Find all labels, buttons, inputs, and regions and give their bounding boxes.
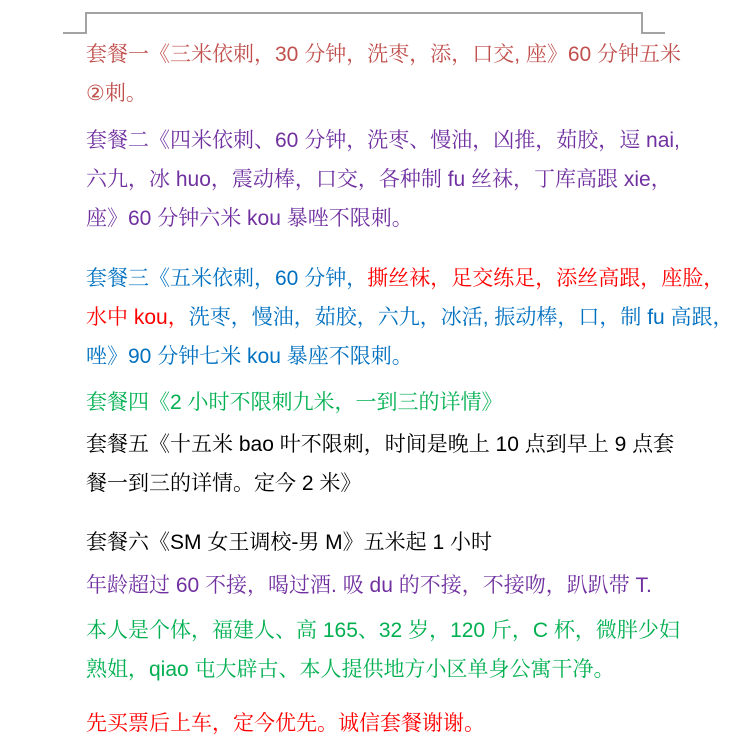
document-window: 套餐一《三米依刺，30 分钟，洗枣，添，口交, 座》60 分钟五米 ②刺。 套餐… (0, 0, 750, 743)
text-line: 座》60 分钟六米 kou 暴唑不限刺。 (86, 199, 668, 238)
paragraph-self-intro: 本人是个体，福建人、高 165、32 岁，120 斤，C 杯，微胖少妇 熟姐，q… (86, 611, 668, 689)
text-segment: 年龄超过 60 不接，喝过酒. 吸 du 的不接，不接吻，趴趴带 T. (86, 574, 652, 597)
paragraph-package-5: 套餐五《十五米 bao 叶不限刺，时间是晚上 10 点到早上 9 点套 餐一到三… (86, 425, 668, 503)
text-line: 熟姐，qiao 屯大辟古、本人提供地方小区单身公寓干净。 (86, 650, 668, 689)
text-line: 套餐五《十五米 bao 叶不限刺，时间是晚上 10 点到早上 9 点套 (86, 425, 668, 464)
text-line: 本人是个体，福建人、高 165、32 岁，120 斤，C 杯，微胖少妇 (86, 611, 668, 650)
text-line: 套餐四《2 小时不限刺九米，一到三的详情》 (86, 383, 668, 422)
paragraph-payment-note: 先买票后上车，定今优先。诚信套餐谢谢。 (86, 704, 668, 743)
text-segment: 本人是个体，福建人、高 165、32 岁，120 斤，C 杯，微胖少妇 (86, 619, 680, 642)
text-segment: 唑》90 分钟七米 kou 暴座不限刺。 (86, 345, 413, 368)
text-line: 餐一到三的详情。定今 2 米》 (86, 464, 668, 503)
text-segment: 餐一到三的详情。定今 2 米》 (86, 472, 361, 495)
paragraph-package-4: 套餐四《2 小时不限刺九米，一到三的详情》 (86, 383, 668, 422)
text-segment: 套餐三《五米依刺，60 分钟， (86, 267, 367, 290)
text-segment: 套餐六《SM 女王调校-男 M》五米起 1 小时 (86, 531, 492, 554)
text-line: 套餐二《四米依刺、60 分钟，洗枣、慢油，凶推，茹胶，逗 nai, (86, 121, 668, 160)
text-line: 套餐三《五米依刺，60 分钟，撕丝袜，足交练足，添丝高跟，座脸， (86, 259, 668, 298)
text-line: 年龄超过 60 不接，喝过酒. 吸 du 的不接，不接吻，趴趴带 T. (86, 566, 668, 605)
text-segment: 水中 kou， (86, 306, 189, 329)
text-line: ②刺。 (86, 74, 668, 113)
text-line: 六九，冰 huo，震动棒，口交，各种制 fu 丝袜，丁库高跟 xie， (86, 160, 668, 199)
text-line: 先买票后上车，定今优先。诚信套餐谢谢。 (86, 704, 668, 743)
text-segment: 套餐二《四米依刺、60 分钟，洗枣、慢油，凶推，茹胶，逗 nai, (86, 129, 680, 152)
text-segment: 洗枣，慢油，茹胶，六九，冰活, 振动棒，口，制 fu 高跟， (189, 306, 734, 329)
paragraph-package-6: 套餐六《SM 女王调校-男 M》五米起 1 小时 (86, 523, 668, 562)
text-segment: 撕丝袜，足交练足，添丝高跟，座脸， (367, 267, 724, 290)
text-line: 套餐六《SM 女王调校-男 M》五米起 1 小时 (86, 523, 668, 562)
text-line: 套餐一《三米依刺，30 分钟，洗枣，添，口交, 座》60 分钟五米 (86, 35, 668, 74)
paragraph-package-1: 套餐一《三米依刺，30 分钟，洗枣，添，口交, 座》60 分钟五米 ②刺。 (86, 35, 668, 113)
text-segment: 套餐一《三米依刺，30 分钟，洗枣，添，口交, 座》60 分钟五米 (86, 43, 681, 66)
text-segment: 熟姐，qiao 屯大辟古、本人提供地方小区单身公寓干净。 (86, 658, 615, 681)
text-line: 水中 kou，洗枣，慢油，茹胶，六九，冰活, 振动棒，口，制 fu 高跟， (86, 298, 668, 337)
paragraph-package-2: 套餐二《四米依刺、60 分钟，洗枣、慢油，凶推，茹胶，逗 nai, 六九，冰 h… (86, 121, 668, 238)
text-segment: ②刺。 (86, 82, 147, 105)
paragraph-package-3: 套餐三《五米依刺，60 分钟，撕丝袜，足交练足，添丝高跟，座脸， 水中 kou，… (86, 259, 668, 376)
text-segment: 套餐五《十五米 bao 叶不限刺，时间是晚上 10 点到早上 9 点套 (86, 433, 674, 456)
text-segment: 先买票后上车，定今优先。诚信套餐谢谢。 (86, 712, 485, 735)
paragraph-restrictions: 年龄超过 60 不接，喝过酒. 吸 du 的不接，不接吻，趴趴带 T. (86, 566, 668, 605)
document-page[interactable]: 套餐一《三米依刺，30 分钟，洗枣，添，口交, 座》60 分钟五米 ②刺。 套餐… (86, 35, 668, 743)
text-line: 唑》90 分钟七米 kou 暴座不限刺。 (86, 337, 668, 376)
page-edge-line (63, 13, 665, 33)
text-segment: 六九，冰 huo，震动棒，口交，各种制 fu 丝袜，丁库高跟 xie， (86, 168, 672, 191)
text-segment: 套餐四《2 小时不限刺九米，一到三的详情》 (86, 391, 503, 414)
text-segment: 座》60 分钟六米 kou 暴唑不限刺。 (86, 207, 413, 230)
